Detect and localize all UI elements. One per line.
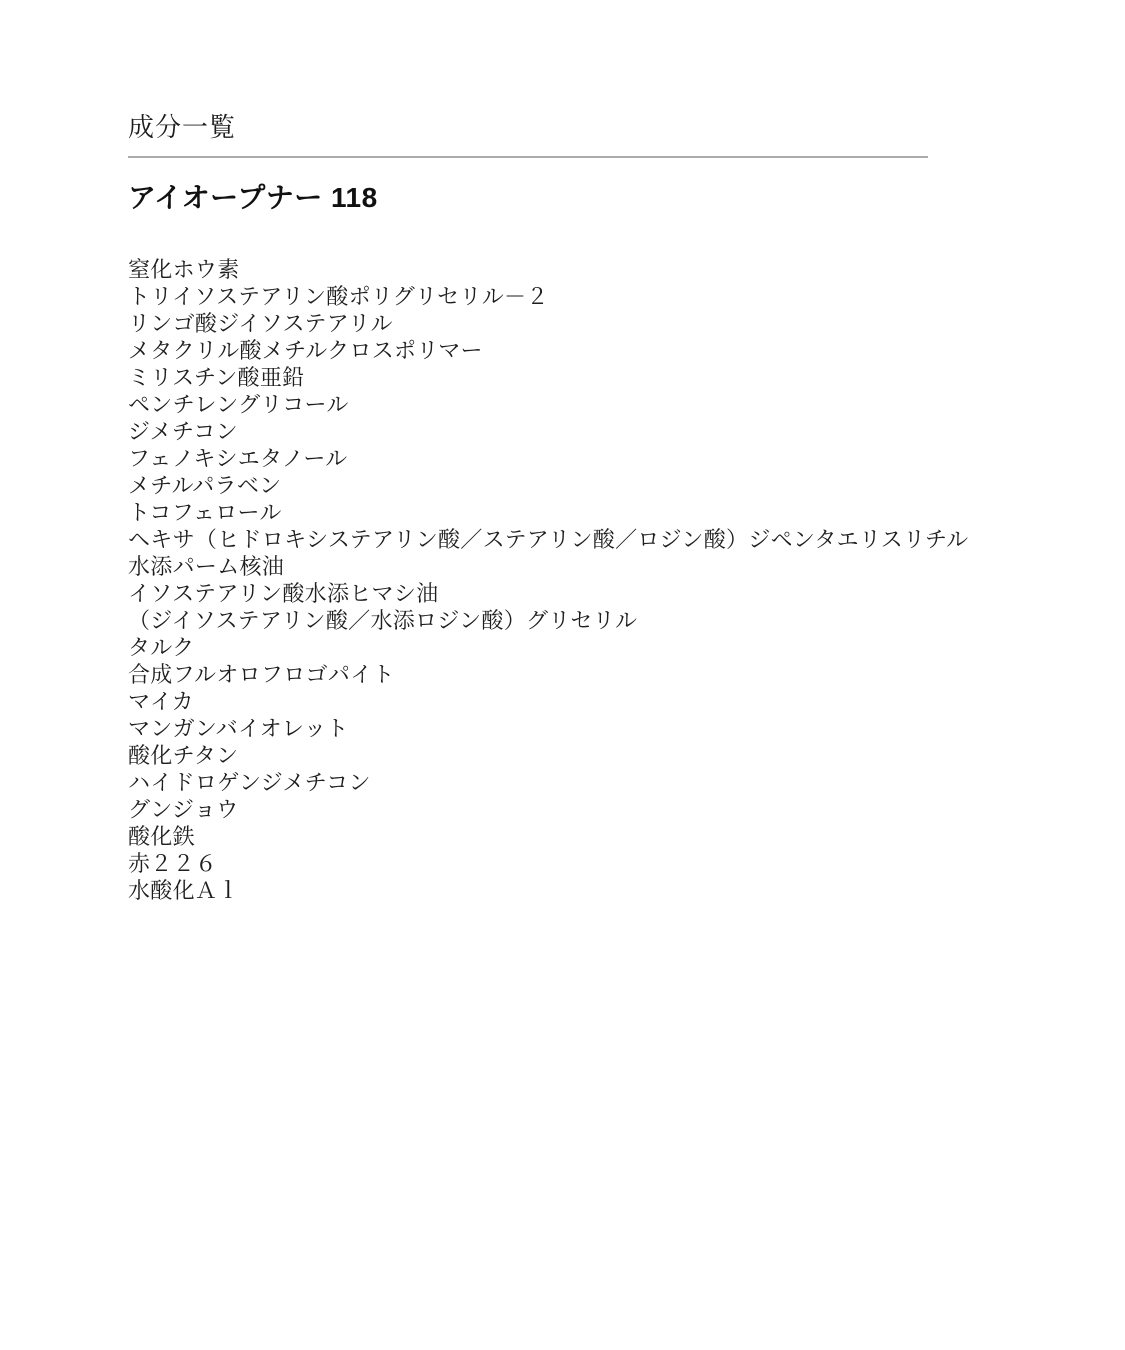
- ingredient-item: グンジョウ: [128, 796, 998, 823]
- ingredient-list-page: 成分一覧 アイオープナー 118 窒化ホウ素トリイソステアリン酸ポリグリセリル－…: [0, 0, 1125, 1350]
- ingredient-item: トリイソステアリン酸ポリグリセリル－２: [128, 283, 998, 310]
- ingredient-item: 水酸化Ａｌ: [128, 877, 998, 904]
- ingredient-list: 窒化ホウ素トリイソステアリン酸ポリグリセリル－２リンゴ酸ジイソステアリルメタクリ…: [128, 256, 998, 904]
- ingredient-item: 酸化鉄: [128, 823, 998, 850]
- page-title: 成分一覧: [128, 112, 998, 143]
- ingredient-item: リンゴ酸ジイソステアリル: [128, 310, 998, 337]
- ingredient-item: マイカ: [128, 688, 998, 715]
- ingredient-item: 水添パーム核油: [128, 553, 998, 580]
- ingredient-item: メチルパラベン: [128, 472, 998, 499]
- title-divider: [128, 156, 928, 158]
- ingredient-item: 酸化チタン: [128, 742, 998, 769]
- ingredient-item: タルク: [128, 634, 998, 661]
- ingredient-item: 赤２２６: [128, 850, 998, 877]
- ingredient-item: ハイドロゲンジメチコン: [128, 769, 998, 796]
- ingredient-item: メタクリル酸メチルクロスポリマー: [128, 337, 998, 364]
- ingredient-item: ミリスチン酸亜鉛: [128, 364, 998, 391]
- ingredient-item: （ジイソステアリン酸／水添ロジン酸）グリセリル: [128, 607, 998, 634]
- ingredient-item: フェノキシエタノール: [128, 445, 998, 472]
- product-name: アイオープナー 118: [128, 181, 998, 215]
- ingredient-item: ペンチレングリコール: [128, 391, 998, 418]
- ingredient-item: ジメチコン: [128, 418, 998, 445]
- ingredient-item: 合成フルオロフロゴパイト: [128, 661, 998, 688]
- content-area: 成分一覧 アイオープナー 118 窒化ホウ素トリイソステアリン酸ポリグリセリル－…: [128, 112, 998, 904]
- ingredient-item: 窒化ホウ素: [128, 256, 998, 283]
- ingredient-item: イソステアリン酸水添ヒマシ油: [128, 580, 998, 607]
- ingredient-item: トコフェロール: [128, 499, 998, 526]
- ingredient-item: ヘキサ（ヒドロキシステアリン酸／ステアリン酸／ロジン酸）ジペンタエリスリチル: [128, 526, 998, 553]
- ingredient-item: マンガンバイオレット: [128, 715, 998, 742]
